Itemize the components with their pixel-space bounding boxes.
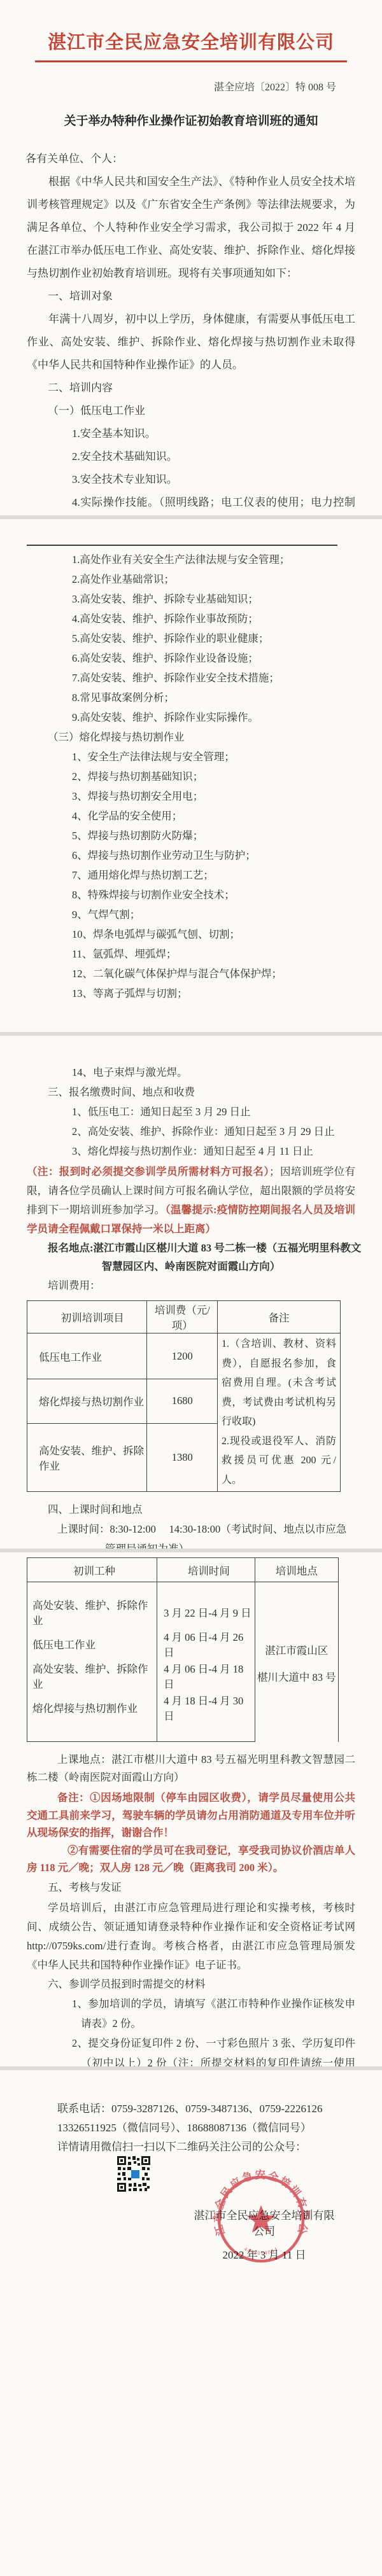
list-item: 6.高处安装、维护、拆除作业设备设施；: [72, 648, 382, 668]
section-4-title: 四、上课时间和地点: [48, 1500, 382, 1519]
section-6-title: 六、参训学员报到时需提交的材料: [48, 1975, 382, 1994]
registration-note: （注：报到时必须提交参训学员所需材料方可报名）；因培训班学位有限，请各位学员确认…: [27, 1162, 355, 1239]
table-row: 低压电工作业 1200 1.（含培训、教材、资料费），自愿报名参加，食宿费用自理…: [27, 1333, 341, 1379]
schedule-time-cell: 4 月 06 日-4 月 26 日: [157, 1628, 255, 1660]
schedule-table: 初训工种 培训时间 培训地点 湛江市霞山区 椹川大道中 83 号 高处安装、维护…: [27, 1557, 339, 1742]
list-item: 5、焊接与热切割防火防爆；: [72, 826, 382, 846]
qr-center-logo: [131, 2170, 139, 2178]
list-item: 12、二氧化碳气体保护焊与混合气体保护焊；: [72, 964, 382, 984]
fee-amount-cell: 1200: [147, 1333, 218, 1379]
list-item: 11、氩弧焊、埋弧焊；: [72, 944, 382, 964]
schedule-location-cell: 湛江市霞山区 椹川大道中 83 号: [255, 1587, 338, 1742]
schedule-time-cell: 4 月 06 日-4 月 18 日: [157, 1660, 255, 1692]
header-rule: [27, 545, 337, 546]
red-divider: [35, 60, 347, 62]
list-item: 9、气焊气割；: [72, 905, 382, 924]
official-seal: 湛江市全民应急安全培训有限公司 4408024044: [210, 2168, 312, 2270]
list-item: 1、低压电工：通知日起至 3 月 29 日止: [72, 1102, 382, 1122]
list-item: 4、化学品的安全使用；: [72, 806, 382, 826]
list-item: 4.实际操作技能。（照明线路；电工仪表的使用；电力控制线路；触电急救等内容）: [27, 491, 355, 515]
doc-number: 湛全应培〔2022〕特 008 号: [0, 79, 382, 94]
schedule-course-cell: 高处安装、维护、拆除作业: [27, 1660, 157, 1692]
section-5-title: 五、考核与发证: [48, 1878, 382, 1897]
note-red-part: （注：报到时必须提交参训学员所需材料方可报名）: [27, 1166, 269, 1178]
class-time-line2: 管理局通知为准）: [105, 1539, 382, 1549]
schedule-time-cell: 3 月 22 日-4 月 9 日: [157, 1596, 255, 1628]
list-item: 3.安全技术专业知识。: [72, 468, 382, 491]
list-item: 2、高处安装、维护、拆除作业：通知日起至 3 月 29 日止: [72, 1122, 382, 1141]
schedule-course-cell: 低压电工作业: [27, 1628, 157, 1660]
signup-location-line2: 智慧园区内、岭南医院对面霞山方向）: [0, 1257, 382, 1276]
seal-star-icon: [246, 2205, 276, 2232]
list-item: 10、焊条电弧焊与碳弧气刨、切割；: [72, 924, 382, 944]
remark-1: 备注：①因场地限制（停车由园区收费），请学员尽量使用公共交通工具前来学习，驾驶车…: [27, 1789, 355, 1842]
list-item: 1.高处作业有关安全生产法律法规与安全管理；: [72, 550, 382, 569]
fee-amount-cell: 1380: [147, 1423, 218, 1491]
list-item: 4.高处安装、维护、拆除作业事故预防；: [72, 609, 382, 629]
fee-col-header: 培训费（元/项）: [147, 1301, 218, 1333]
fee-col-header: 初训培训项目: [27, 1301, 147, 1333]
material-item: 1、参加培训的学员，请填写《湛江市特种作业操作证核发申请表》2 份。: [81, 1994, 355, 2033]
fee-remark: 1.（含培训、教材、资料费），自愿报名参加，食宿费用自理。(未含考试费，考试费由…: [222, 1335, 336, 1432]
notice-title: 关于举办特种作业操作证初始教育培训班的通知: [0, 111, 382, 129]
schedule-header-row: 初训工种 培训时间 培训地点: [27, 1558, 339, 1582]
list-item: 2.高处作业基础常识；: [72, 569, 382, 589]
remark-2: ②有需要住宿的学员可在我司登记，享受我司协议价酒店单人房 118 元／晚；双人房…: [27, 1842, 355, 1877]
signup-location-line1: 报名地点:湛江市霞山区椹川大道 83 号二栋一楼（五福光明里科教文: [48, 1239, 382, 1257]
schedule-col-header: 培训时间: [157, 1558, 255, 1582]
page-4: 初训工种 培训时间 培训地点 湛江市霞山区 椹川大道中 83 号 高处安装、维护…: [0, 1552, 382, 2066]
fee-label: 培训费用：: [48, 1276, 382, 1295]
schedule-course-cell: 熔化焊接与热切割作业: [27, 1692, 157, 1723]
section-2-title: 二、培训内容: [48, 377, 382, 400]
seal-number: 4408024044: [243, 2245, 279, 2256]
qr-hint: 详情请用微信扫一扫以下二维码关注公司的公众号：: [57, 2138, 382, 2157]
class-location: 上课地点：湛江市椹川大道中 83 号五福光明里科教文智慧园二栋二楼（岭南医院对面…: [27, 1751, 355, 1786]
salutation: 各有关单位、个人：: [25, 148, 382, 171]
schedule-location-line2: 椹川大道中 83 号: [255, 1664, 338, 1691]
section-1-title: 一、培训对象: [48, 285, 382, 308]
list-item: 9.高处安装、维护、拆除作业实际操作。: [72, 707, 382, 727]
list-item: 2.安全技术基础知识。: [72, 445, 382, 468]
list-item: 1、安全生产法律法规与安全管理；: [72, 747, 382, 767]
qr-code-icon: [117, 2155, 151, 2192]
fee-table: 初训培训项目 培训费（元/项） 备注 低压电工作业 1200 1.（含培训、教材…: [27, 1300, 341, 1492]
company-title: 湛江市全民应急安全培训有限公司: [13, 28, 369, 54]
schedule-time-cell: 4 月 18 日-4 月 30 日: [157, 1692, 255, 1723]
fee-col-header: 备注: [217, 1301, 340, 1333]
schedule-location-line1: 湛江市霞山区: [255, 1638, 338, 1664]
list-item: 2、焊接与热切割基础知识；: [72, 767, 382, 786]
list-item: 7.高处安装、维护、拆除作业安全技术措施；: [72, 668, 382, 688]
page-5: 联系电话：0759-3287126、0759-3487136、0759-2226…: [0, 2070, 382, 2576]
fee-course-cell: 低压电工作业: [27, 1333, 147, 1379]
list-item: 5.高处安装、维护、拆除作业的职业健康；: [72, 629, 382, 648]
list-item: 3、焊接与热切割安全用电；: [72, 786, 382, 806]
section-5-text: 学员培训后，由湛江市应急管理局进行理论和实操考核，考核时间、成绩公告、领证通知请…: [27, 1898, 355, 1975]
fee-amount-cell: 1680: [147, 1379, 218, 1423]
schedule-col-header: 初训工种: [27, 1558, 157, 1582]
list-item: 6、焊接与热切割作业劳动卫生与防护；: [72, 846, 382, 865]
list-item: 3、熔化焊接与热切割作业：通知日起至 4 月 11 日止: [72, 1141, 382, 1161]
section-1-text: 年满十八周岁，初中以上学历，身体健康，有需要从事低压电工作业、高处安装、维护、拆…: [27, 308, 355, 377]
double-rule-row: [27, 1582, 339, 1588]
page-3: 14、电子束焊与激光焊。 三、报名缴费时间、地点和收费 1、低压电工：通知日起至…: [0, 1036, 382, 1549]
schedule-col-header: 培训地点: [255, 1558, 338, 1582]
list-item: 8.常见事故案例分析；: [72, 688, 382, 707]
group-3-title: （三）熔化焊接与热切割作业: [48, 727, 382, 747]
fee-remark: 2.现役或退役军人、消防救援员可优惠 200 元/人。: [222, 1432, 336, 1491]
list-item: 7、通用熔化焊与热切割工艺；: [72, 865, 382, 885]
fee-course-cell: 高处安装、维护、拆除作业: [27, 1423, 147, 1491]
contact-phones: 联系电话：0759-3287126、0759-3487136、0759-2226…: [57, 2099, 382, 2119]
list-item: 14、电子束焊与激光焊。: [72, 1062, 382, 1082]
section-3-title: 三、报名缴费时间、地点和收费: [48, 1082, 382, 1102]
list-item: 8、特殊焊接与切割作业安全技术；: [72, 885, 382, 905]
page-2: 1.高处作业有关安全生产法律法规与安全管理； 2.高处作业基础常识； 3.高处安…: [0, 519, 382, 1032]
list-item: 1.安全基本知识。: [72, 422, 382, 445]
list-item: 13、等离子弧焊与切割；: [72, 984, 382, 1003]
contact-phones-wechat: 13326511925（微信同号）、18688087136（微信同号）: [57, 2119, 382, 2138]
schedule-course-cell: 高处安装、维护、拆除作业: [27, 1596, 157, 1628]
page-1: 湛江市全民应急安全培训有限公司 湛全应培〔2022〕特 008 号 关于举办特种…: [0, 0, 382, 515]
fee-course-cell: 熔化焊接与热切割作业: [27, 1379, 147, 1423]
fee-table-header-row: 初训培训项目 培训费（元/项） 备注: [27, 1301, 341, 1333]
material-item: 2、提交身份证复印件 2 份、一寸彩色照片 3 张、学历复印件（初中以上）2 份…: [81, 2033, 355, 2067]
class-time-line1: 上课时间：8:30-12:00 14:30-18:00（考试时间、地点以市应急: [57, 1519, 382, 1539]
fee-remark-cell: 1.（含培训、教材、资料费），自愿报名参加，食宿费用自理。(未含考试费，考试费由…: [217, 1333, 340, 1492]
group-1-title: （一）低压电工作业: [48, 400, 382, 422]
list-item: 3.高处安装、维护、拆除专业基础知识；: [72, 589, 382, 609]
intro-paragraph: 根据《中华人民共和国安全生产法》、《特种作业人员安全技术培训考核管理规定》以及《…: [27, 171, 355, 285]
svg-text:4408024044: 4408024044: [243, 2245, 279, 2256]
spacer-row: 湛江市霞山区 椹川大道中 83 号: [27, 1587, 339, 1596]
